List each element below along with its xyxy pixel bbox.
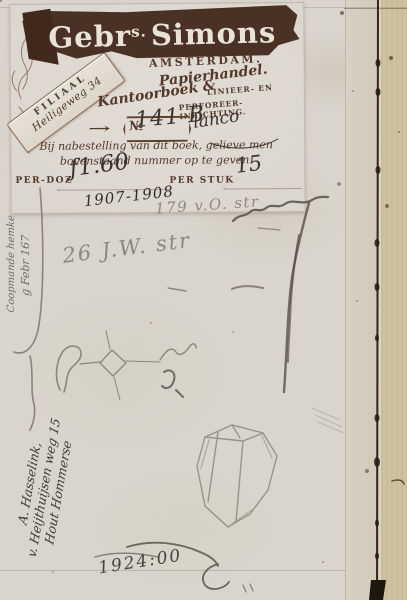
prism-box-sketch: [197, 425, 277, 527]
margin-note-line1: Coopmande hemke: [6, 178, 19, 349]
dark-pencil-scribble: [232, 197, 328, 392]
margin-note-line2: g Febr 167: [19, 180, 33, 351]
margin-vertical-note: Coopmande hemke g Febr 167: [6, 178, 40, 352]
reorder-note-line1: Bij nabestelling van dit boek, gelieve m…: [25, 138, 287, 153]
arrow-icon: →: [88, 119, 111, 137]
bookseller-label: Gebrs.Simons AMSTERDAM. FILIAAL Heiligew…: [9, 2, 305, 214]
bottom-number-note: 1924:00: [97, 546, 184, 579]
faint-hatch-patch: [312, 408, 344, 433]
bottom-vertical-note: A. Hasselink, v. Heijthuijsen weg 15 Hou…: [4, 377, 87, 599]
price-per-piece-value: 15: [234, 151, 264, 178]
services-line1: LINIEER- EN: [207, 83, 274, 97]
scanned-page: Gebrs.Simons AMSTERDAM. FILIAAL Heiligew…: [0, 0, 407, 600]
price-per-piece-label: PER STUK: [169, 175, 234, 185]
brand-title: Gebrs.Simons: [48, 15, 277, 55]
pencil-note-26: 26 J.W. str: [61, 228, 192, 268]
book-edge-strip: [381, 0, 407, 600]
paper-specks: [0, 0, 2, 2]
page-fold-strip: [345, 0, 379, 600]
price-leader-line2: [224, 187, 302, 190]
top-crease-line-right: [344, 8, 407, 9]
